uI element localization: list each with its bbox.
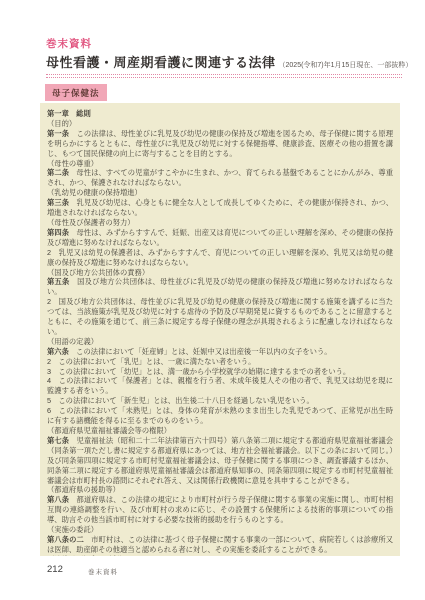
law-paragraph-article: 第四条 母性は、みずからすすんで、妊娠、出産又は育児についての正しい理解を深め、…	[47, 228, 393, 248]
article-number: 第八条	[47, 495, 69, 504]
article-number: 第三条	[47, 198, 69, 207]
law-paragraph-heading: （母性及び保護者の努力）	[47, 218, 393, 228]
article-number: 2	[47, 297, 51, 306]
law-paragraph-heading: （乳幼児の健康の保持増進）	[47, 188, 393, 198]
law-paragraph-article: 第六条 この法律において「妊産婦」とは、妊娠中又は出産後一年以内の女子をいう。	[47, 347, 393, 357]
law-paragraph-heading: （都道府県児童福祉審議会等の権限）	[47, 426, 393, 436]
law-paragraph-sub: 5 この法律において「新生児」とは、出生後二十八日を経過しない乳児をいう。	[47, 396, 393, 406]
article-number: 第四条	[47, 228, 69, 237]
law-paragraph-sub: 2 この法律において「乳児」とは、一歳に満たない者をいう。	[47, 357, 393, 367]
footer-section-label: 巻末資料	[88, 567, 118, 576]
article-number: 4	[47, 376, 51, 385]
appendix-page: 巻末資料 母性看護・周産期看護に関連する法律（2025(令和7)年1月15日現在…	[0, 0, 425, 600]
law-paragraph-article: 第三条 乳児及び幼児は、心身ともに健全な人として成長してゆくために、その健康が保…	[47, 198, 393, 218]
law-paragraph-article: 第二条 母性は、すべての児童がすこやかに生まれ、かつ、育てられる基盤であることに…	[47, 168, 393, 188]
law-paragraph-sub: 3 この法律において「幼児」とは、満一歳から小学校就学の始期に達するまでの者をい…	[47, 367, 393, 377]
article-number: 第五条	[47, 277, 70, 286]
article-number: 第八条の二	[47, 535, 84, 544]
article-number: 2	[47, 357, 51, 366]
law-paragraph-chapter: 第一章 総則	[47, 109, 393, 119]
law-paragraph-sub: 6 この法律において「未熟児」とは、身体の発育が未熟のまま出生した乳児であつて、…	[47, 406, 393, 426]
article-number: 5	[47, 396, 51, 405]
article-number: 6	[47, 406, 51, 415]
law-paragraph-sub: 4 この法律において「保護者」とは、親権を行う者、未成年後見人その他の者で、乳児…	[47, 376, 393, 396]
article-number: 第二条	[47, 168, 69, 177]
law-paragraph-heading: （都道府県の援助等）	[47, 485, 393, 495]
law-paragraph-article: 第一条 この法律は、母性並びに乳児及び幼児の健康の保持及び増進を図るため、母子保…	[47, 129, 393, 159]
law-paragraph-article: 第五条 国及び地方公共団体は、母性並びに乳児及び幼児の健康の保持及び増進に努めな…	[47, 277, 393, 297]
law-paragraph-heading: （目的）	[47, 119, 393, 129]
page-number: 212	[47, 564, 63, 575]
law-paragraph-article: 第七条 児童福祉法（昭和二十二年法律第百六十四号）第八条第二項に規定する都道府県…	[47, 436, 393, 486]
law-paragraph-sub: 2 乳児又は幼児の保護者は、みずからすすんで、育児についての正しい理解を深め、乳…	[47, 248, 393, 268]
law-paragraph-heading: （実施の委託）	[47, 525, 393, 535]
law-text-panel: 第一章 総則（目的）第一条 この法律は、母性並びに乳児及び幼児の健康の保持及び増…	[40, 103, 400, 556]
article-number: 第六条	[47, 347, 69, 356]
title-note: （2025(令和7)年1月15日現在、一部抜粋）	[279, 62, 413, 69]
section-label: 巻末資料	[46, 36, 92, 51]
law-name-badge: 母子保健法	[45, 84, 107, 101]
law-paragraph-article: 第八条の二 市町村は、この法律に基づく母子保健に関する事業の一部について、病院若…	[47, 535, 393, 555]
article-number: 第一条	[47, 129, 69, 138]
article-number: 2	[47, 248, 51, 257]
title-row: 母性看護・周産期看護に関連する法律（2025(令和7)年1月15日現在、一部抜粋…	[46, 52, 402, 72]
law-paragraph-heading: （国及び地方公共団体の責務）	[47, 268, 393, 278]
article-number: 第一章	[47, 109, 69, 118]
title-divider	[46, 74, 402, 78]
article-number: 第七条	[47, 436, 69, 445]
law-paragraph-heading: （連携及び調和の確保）	[47, 555, 393, 556]
page-title: 母性看護・周産期看護に関連する法律	[46, 55, 276, 70]
law-paragraph-article: 第八条 都道府県は、この法律の規定により市町村が行う母子保健に関する事業の実施に…	[47, 495, 393, 525]
article-number: 3	[47, 367, 51, 376]
law-paragraph-sub: 2 国及び地方公共団体は、母性並びに乳児及び幼児の健康の保持及び増進に関する施策…	[47, 297, 393, 337]
law-paragraph-heading: （母性の尊重）	[47, 159, 393, 169]
law-paragraph-heading: （用語の定義）	[47, 337, 393, 347]
